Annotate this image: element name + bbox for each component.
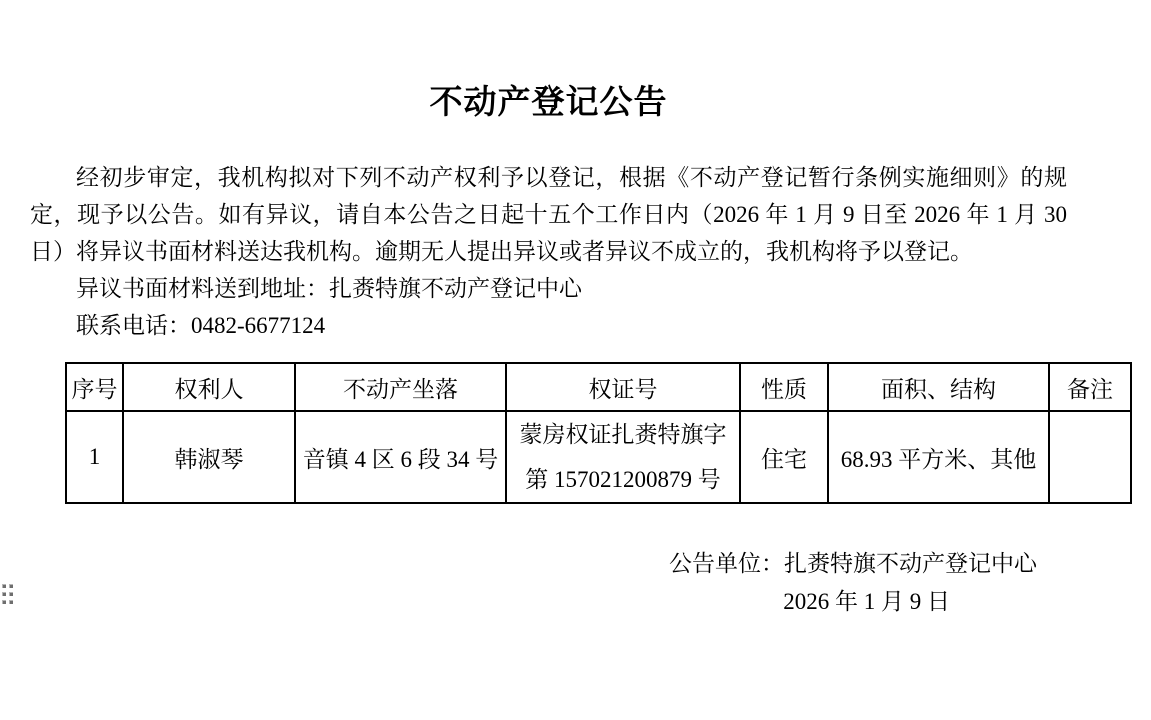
- drag-handle-dot: [2, 584, 6, 588]
- cell-location: 音镇 4 区 6 段 34 号: [295, 411, 506, 503]
- cert-no-line-2: 第 157021200879 号: [507, 457, 739, 502]
- column-header-area-structure: 面积、结构: [828, 363, 1049, 411]
- column-header-seq: 序号: [66, 363, 123, 411]
- delivery-address-line: 异议书面材料送到地址：扎赉特旗不动产登记中心: [30, 270, 1067, 307]
- document-page: 不动产登记公告 经初步审定，我机构拟对下列不动产权利予以登记，根据《不动产登记暂…: [0, 0, 1151, 720]
- paragraph-line-1: 经初步审定，我机构拟对下列不动产权利予以登记，根据《不动产登记暂行条例实施细则》…: [30, 159, 1067, 196]
- drag-handle-dot: [9, 584, 13, 588]
- registration-table: 序号 权利人 不动产坐落 权证号 性质 面积、结构 备注 1 韩淑琴 音镇 4 …: [65, 362, 1132, 504]
- cell-cert-no: 蒙房权证扎赉特旗字 第 157021200879 号: [506, 411, 740, 503]
- column-header-remark: 备注: [1049, 363, 1131, 411]
- document-body: 经初步审定，我机构拟对下列不动产权利予以登记，根据《不动产登记暂行条例实施细则》…: [30, 159, 1067, 344]
- column-header-location: 不动产坐落: [295, 363, 506, 411]
- column-header-owner: 权利人: [123, 363, 295, 411]
- announcement-date: 2026 年 1 月 9 日: [783, 583, 950, 620]
- drag-handle-dot: [9, 600, 13, 604]
- column-header-nature: 性质: [740, 363, 828, 411]
- paragraph-line-2: 定，现予以公告。如有异议，请自本公告之日起十五个工作日内（2026 年 1 月 …: [30, 196, 1067, 233]
- cell-area-structure: 68.93 平方米、其他: [828, 411, 1049, 503]
- paragraph-line-3: 日）将异议书面材料送达我机构。逾期无人提出异议或者异议不成立的，我机构将予以登记…: [30, 233, 1067, 270]
- drag-handle-icon[interactable]: [2, 584, 13, 604]
- cell-owner: 韩淑琴: [123, 411, 295, 503]
- drag-handle-dot: [9, 592, 13, 596]
- announcement-issuer: 公告单位：扎赉特旗不动产登记中心: [669, 545, 1037, 582]
- cell-nature: 住宅: [740, 411, 828, 503]
- table-row: 1 韩淑琴 音镇 4 区 6 段 34 号 蒙房权证扎赉特旗字 第 157021…: [66, 411, 1131, 503]
- drag-handle-dot: [2, 592, 6, 596]
- cell-remark: [1049, 411, 1131, 503]
- cell-seq: 1: [66, 411, 123, 503]
- table-header-row: 序号 权利人 不动产坐落 权证号 性质 面积、结构 备注: [66, 363, 1131, 411]
- column-header-cert-no: 权证号: [506, 363, 740, 411]
- document-title: 不动产登记公告: [30, 76, 1067, 123]
- contact-phone-line: 联系电话：0482-6677124: [30, 307, 1067, 344]
- drag-handle-dot: [2, 600, 6, 604]
- cert-no-line-1: 蒙房权证扎赉特旗字: [507, 412, 739, 457]
